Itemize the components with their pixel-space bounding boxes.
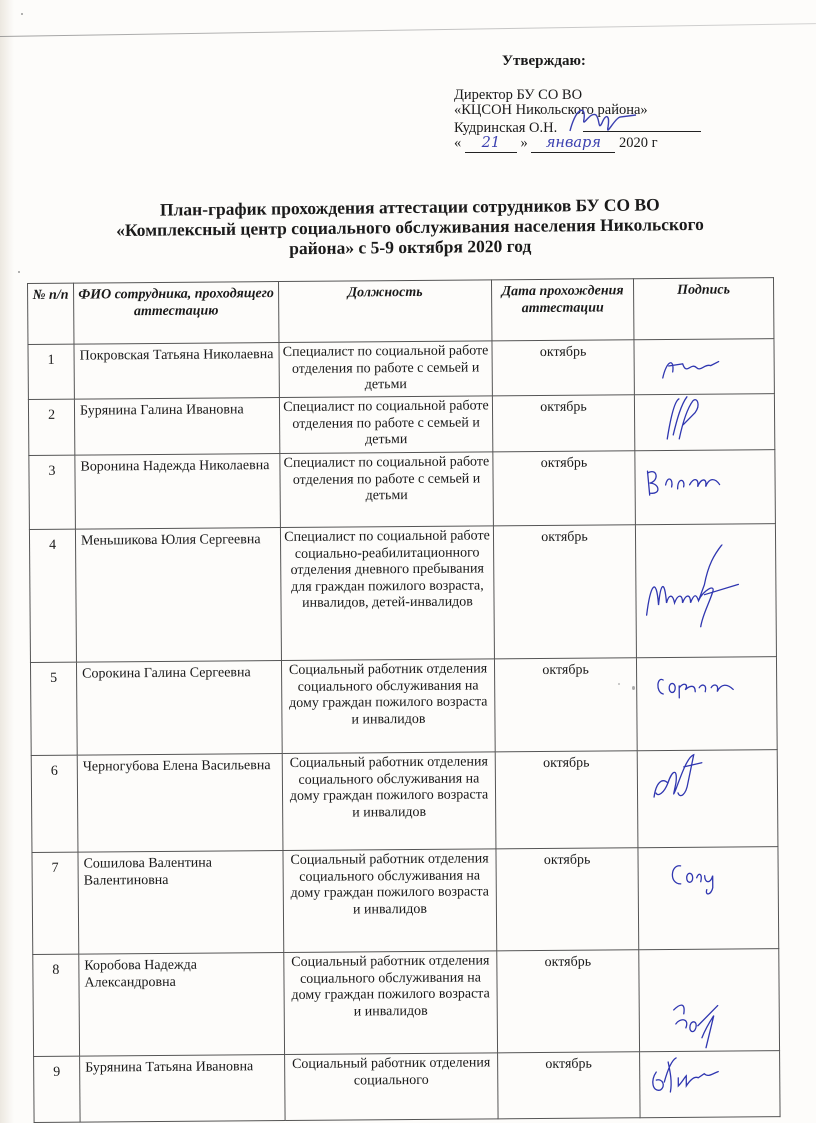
row-num: 3 (29, 455, 76, 529)
handwritten-signature (657, 395, 717, 445)
approval-name: Кудринская О.Н. (454, 120, 557, 136)
row-num: 4 (29, 529, 76, 662)
director-signature (562, 101, 632, 135)
header-num: № п/п (28, 283, 74, 344)
row-employee-name: Покровская Татьяна Николаевна (74, 343, 279, 400)
row-position: Специалист по социальной работе отделени… (280, 452, 494, 528)
row-position: Социальный работник отделения социальног… (283, 849, 497, 953)
row-signature-cell (637, 750, 778, 848)
scan-edge-line (0, 23, 816, 37)
approval-block: Утверждаю: Директор БУ СО ВО «КЦСОН Нико… (454, 54, 754, 153)
attestation-table-wrap: № п/п ФИО сотрудника, проходящего аттест… (27, 277, 781, 1123)
scan-left-shadow (0, 0, 14, 1123)
row-num: 8 (33, 954, 80, 1056)
row-employee-name: Воронина Надежда Николаевна (75, 454, 281, 530)
row-signature-cell (635, 450, 776, 525)
table-row: 9 Бурянина Татьяна Ивановна Социальный р… (34, 1051, 780, 1123)
row-position: Социальный работник отделения социальног… (284, 951, 498, 1055)
row-employee-name: Бурянина Татьяна Ивановна (80, 1055, 286, 1123)
row-signature-cell (640, 1051, 781, 1118)
row-position: Социальный работник отделения социальног… (281, 659, 495, 754)
row-signature-cell (636, 657, 777, 751)
header-signature: Подпись (633, 278, 773, 340)
row-attestation-date: октябрь (496, 848, 639, 951)
handwritten-signature (655, 665, 739, 702)
row-employee-name: Коробова Надежда Александровна (79, 953, 285, 1057)
handwritten-signature (648, 753, 708, 803)
row-num: 1 (28, 344, 74, 399)
row-attestation-date: октябрь (498, 1052, 641, 1119)
table-row: 4 Меньшикова Юлия Сергеевна Специалист п… (29, 524, 776, 663)
row-signature-cell (635, 524, 776, 658)
row-attestation-date: октябрь (492, 395, 634, 452)
row-signature-cell (634, 339, 774, 395)
row-position: Специалист по социальной работе социальн… (280, 526, 494, 661)
approval-date-line: « 21 » января 2020 г (454, 136, 754, 153)
row-attestation-date: октябрь (493, 451, 636, 526)
row-employee-name: Сошилова Валентина Валентиновна (78, 851, 284, 955)
date-open-quote: « (454, 135, 461, 151)
handwritten-signature (642, 544, 747, 635)
header-position: Должность (278, 280, 491, 343)
handwritten-signature (657, 352, 727, 389)
row-employee-name: Черногубова Елена Васильевна (77, 754, 283, 853)
row-signature-cell (639, 949, 780, 1052)
row-num: 2 (28, 399, 74, 455)
row-position: Специалист по социальной работе отделени… (279, 341, 492, 398)
approval-heading: Утверждаю: (502, 54, 754, 70)
row-position: Социальный работник отделения социальног… (282, 752, 496, 851)
approval-name-line: Кудринская О.Н. (454, 119, 754, 137)
row-signature-cell (638, 847, 779, 950)
header-date: Дата прохождения аттестации (491, 279, 633, 341)
row-attestation-date: октябрь (492, 340, 634, 396)
row-num: 6 (31, 755, 78, 852)
table-row: 8 Коробова Надежда Александровна Социаль… (33, 949, 780, 1057)
scan-speck (18, 271, 20, 273)
approval-date-day: 21 (465, 136, 517, 153)
document-title: План-график прохождения аттестации сотру… (60, 193, 761, 260)
row-num: 5 (30, 662, 77, 755)
row-num: 7 (32, 852, 79, 954)
scan-speck (21, 13, 23, 15)
table-row: 3 Воронина Надежда Николаевна Специалист… (29, 450, 776, 530)
table-header-row: № п/п ФИО сотрудника, проходящего аттест… (28, 278, 774, 345)
table-row: 7 Сошилова Валентина Валентиновна Социал… (32, 847, 779, 955)
handwritten-signature (643, 461, 727, 502)
handwritten-signature (667, 856, 727, 900)
row-employee-name: Бурянина Галина Ивановна (74, 398, 279, 456)
row-employee-name: Меньшикова Юлия Сергеевна (75, 528, 281, 663)
attestation-table: № п/п ФИО сотрудника, проходящего аттест… (27, 277, 781, 1123)
row-employee-name: Сорокина Галина Сергеевна (76, 661, 282, 756)
row-attestation-date: октябрь (497, 950, 640, 1053)
row-attestation-date: октябрь (494, 658, 637, 752)
table-row: 2 Бурянина Галина Ивановна Специалист по… (28, 394, 774, 456)
row-signature-cell (634, 394, 774, 451)
date-close-quote: » (521, 135, 528, 151)
row-num: 9 (34, 1056, 81, 1122)
handwritten-signature (648, 1052, 728, 1097)
handwritten-signature (666, 998, 726, 1054)
table-row: 5 Сорокина Галина Сергеевна Социальный р… (30, 657, 777, 756)
row-attestation-date: октябрь (493, 525, 636, 659)
approval-date-month: января (531, 136, 615, 153)
table-row: 6 Черногубова Елена Васильевна Социальны… (31, 750, 778, 853)
header-name: ФИО сотрудника, проходящего аттестацию (74, 282, 279, 345)
approval-date-year: 2020 г (619, 135, 658, 151)
table-row: 1 Покровская Татьяна Николаевна Специали… (28, 339, 774, 400)
row-attestation-date: октябрь (495, 751, 638, 849)
row-position: Социальный работник отделения социальног… (285, 1053, 499, 1121)
row-position: Специалист по социальной работе отделени… (279, 396, 492, 454)
